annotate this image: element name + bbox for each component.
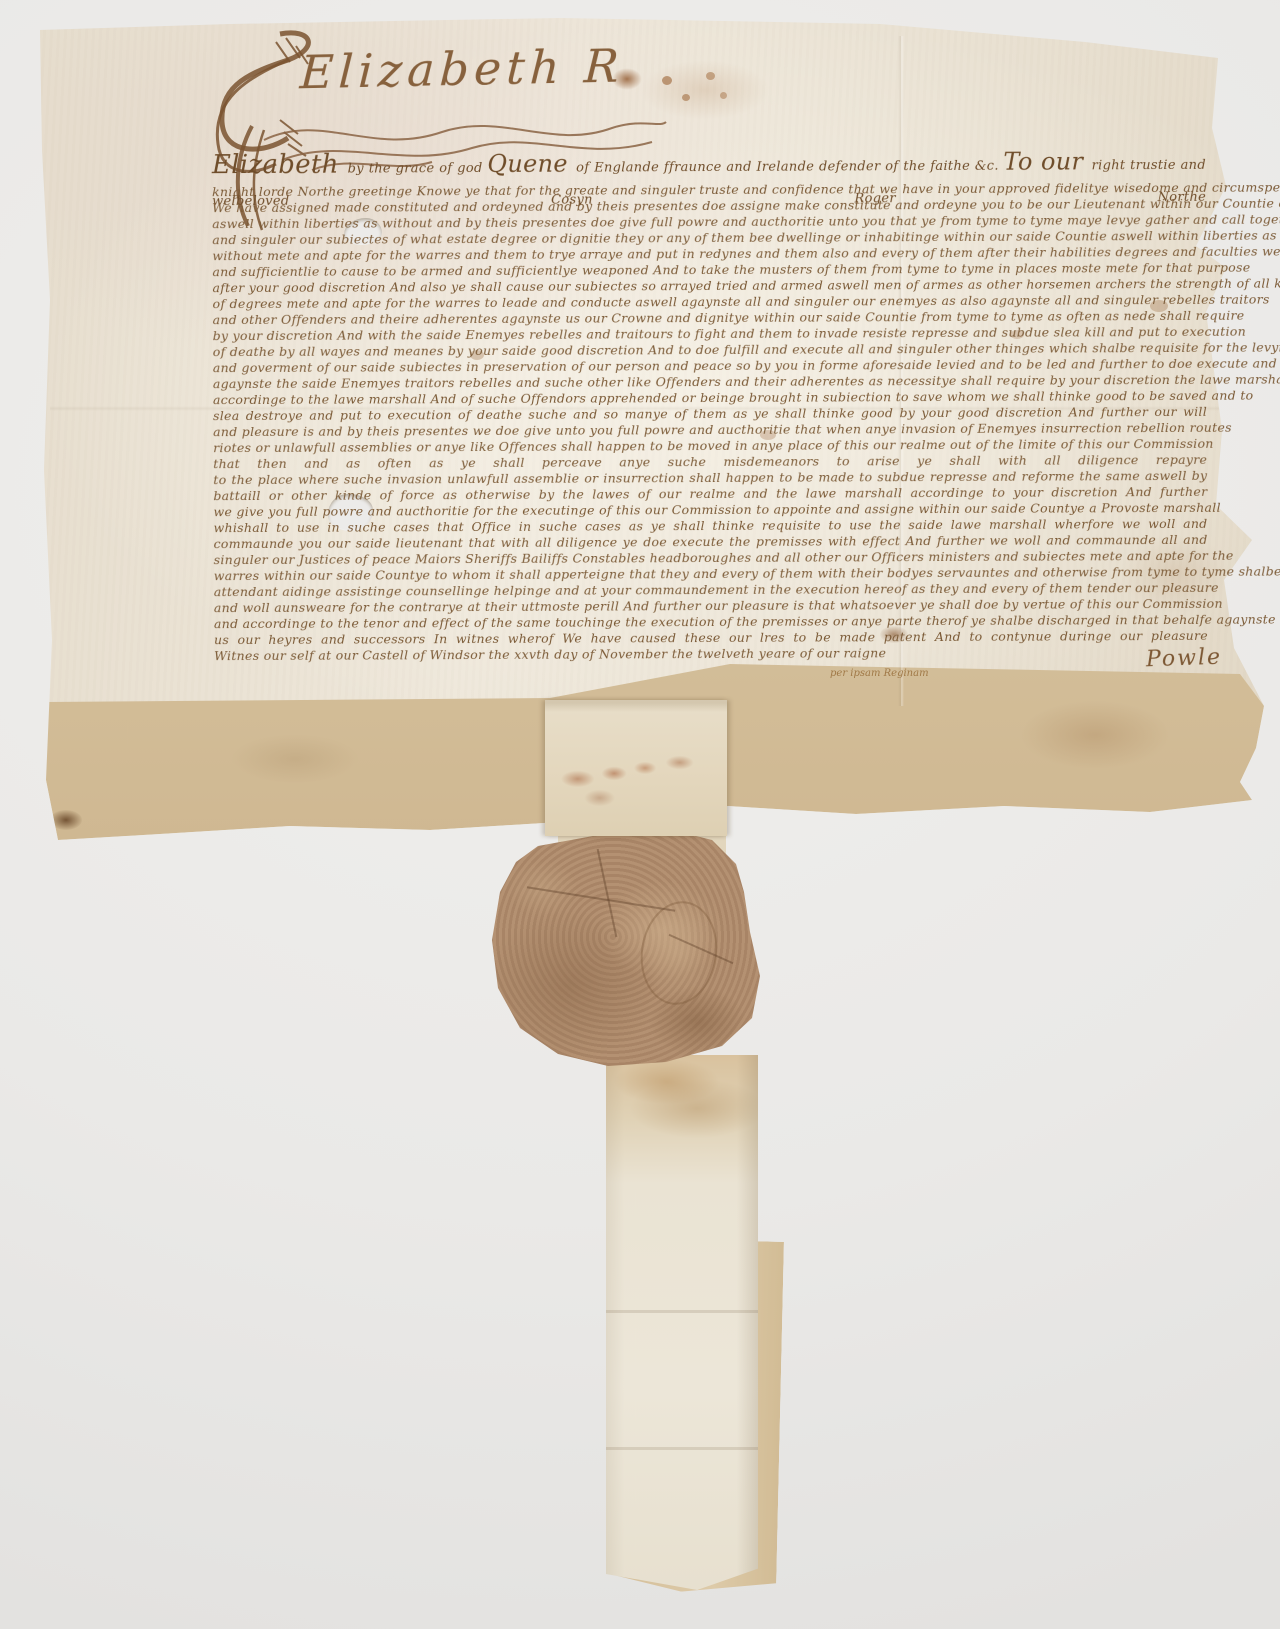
photo-background: { "colors": { "background": "#ecebe9", "…: [0, 0, 1280, 1629]
stain: [1020, 700, 1170, 770]
stain: [50, 810, 82, 830]
opening-line: Elizabeth by the grace of god Quene of E…: [212, 146, 1206, 184]
seal-crack: [597, 849, 618, 937]
stain: [230, 734, 360, 784]
stain: [720, 92, 727, 99]
tag-fold-crease: [606, 1447, 758, 1450]
opening-segment: by the grace of god: [348, 161, 488, 177]
opening-segment: of Englande ffraunce and Irelande defend…: [576, 159, 1003, 176]
opening-segment: Quene: [487, 150, 576, 178]
seal-crack: [527, 886, 675, 911]
seal-tag-lower-strip: [606, 1055, 758, 1590]
manuscript-text-block: Elizabeth by the grace of god Quene of E…: [212, 146, 1208, 664]
royal-signature: Elizabeth R: [299, 39, 625, 100]
stain: [662, 76, 672, 85]
stain: [706, 72, 715, 80]
clerk-signature: Powle: [1146, 645, 1223, 673]
tag-fold-crease: [606, 1310, 758, 1313]
opening-segment: Elizabeth: [212, 150, 348, 181]
seal-tag-upper-tab: [545, 700, 727, 836]
wax-seal: [486, 828, 768, 1070]
opening-segment: To our: [1003, 147, 1091, 175]
body-lines: knight lorde Northe greetinge Knowe ye t…: [212, 180, 1208, 664]
chancery-note: per ipsam Reginam: [830, 668, 929, 679]
stain: [682, 94, 690, 101]
